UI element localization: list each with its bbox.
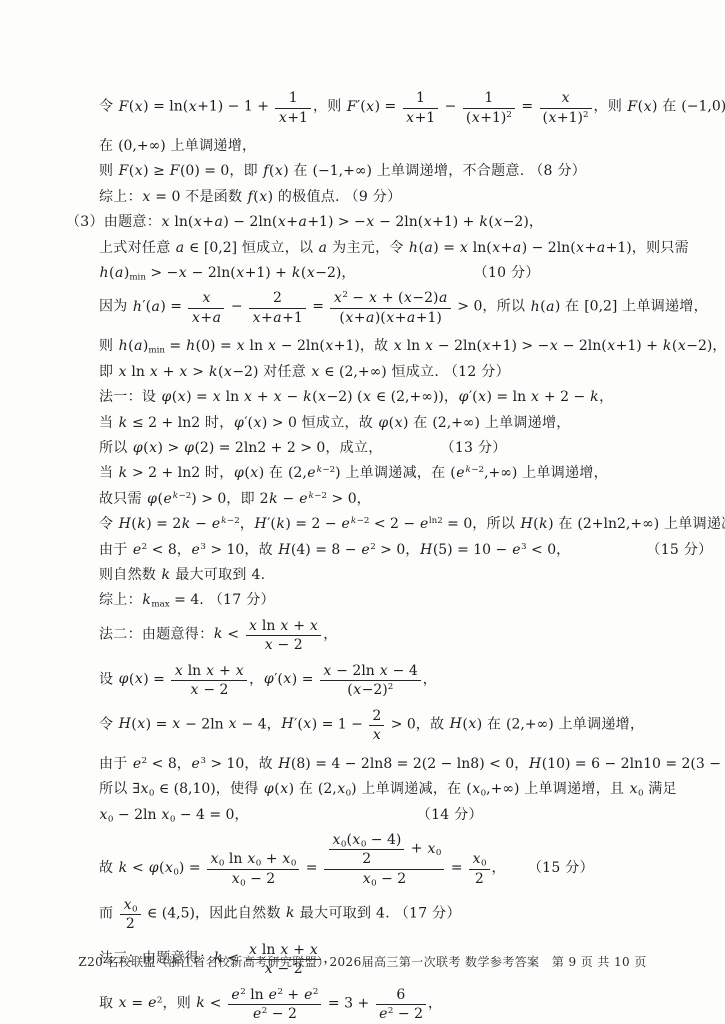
answer-document: 令 F(x) = ln(x+1) − 1 + 1x+1，则 F′(x) = 1x… — [0, 0, 725, 1024]
text-run: ， — [712, 338, 725, 354]
math-line-25: x0 − 2ln x0 − 4 = 0，（14 分） — [99, 804, 701, 826]
text-run: 对任意 — [258, 364, 310, 380]
fraction: x ln x + xx − 2 — [246, 618, 322, 654]
text-run: ，成立， — [325, 440, 382, 456]
text-run: ，因此自然数 — [195, 905, 286, 921]
text-run: 恒成立. （12 分） — [387, 364, 510, 380]
text-run: ，即 — [226, 491, 259, 507]
text-run: ， — [357, 491, 371, 507]
math-line-8: 因为 h′(a) = xx+a − 2x+a+1 = x2 − x + (x−2… — [99, 290, 701, 326]
text-run: ， — [177, 542, 191, 558]
text-run: 则 — [99, 163, 118, 179]
text-run: 综上： — [99, 189, 142, 205]
page-footer-text: Z20′名校联盟（浙江省名校新高考研究联盟）2026届高三第一次联考 数学参考答… — [78, 955, 646, 969]
text-run: ， — [249, 671, 263, 687]
text-run: ， — [428, 995, 442, 1011]
text-run: 而 — [99, 905, 118, 921]
text-run: ，故 — [244, 542, 277, 558]
text-run: 因为 — [99, 299, 132, 315]
text-run: 时， — [200, 415, 233, 431]
text-run: ， — [556, 542, 570, 558]
spacer — [356, 276, 474, 277]
fraction: x02 — [469, 851, 489, 887]
fraction: x(x+1)2 — [540, 90, 592, 126]
math-line-15: 故只需 φ(ek−2) > 0，即 2k − ek−2 > 0， — [99, 488, 701, 510]
text-run: 满足 — [644, 781, 677, 797]
text-run: ，则只需 — [632, 240, 689, 256]
math-line-23: 由于 e2 < 8，e3 > 10，故 H(8) = 4 − 2ln8 = 2(… — [99, 753, 701, 775]
fraction: xx+a — [188, 290, 224, 326]
text-run: 法二：由题意得： — [99, 626, 213, 642]
text-run: 设 — [99, 671, 118, 687]
fraction: 1x+1 — [275, 90, 311, 126]
math-line-22: 令 H(x) = x − 2ln x − 4，H′(x) = 1 − 2x > … — [99, 708, 701, 744]
text-run: 恒成立，故 — [297, 415, 378, 431]
fraction: 2x — [369, 708, 384, 744]
text-run: ，则 — [594, 99, 627, 115]
text-run: 最大可取到 4. （17 分） — [295, 905, 461, 921]
text-run: ， — [529, 214, 543, 230]
text-run: 由于 — [99, 542, 132, 558]
math-line-17: 由于 e2 < 8，e3 > 10，故 H(4) = 8 − e2 > 0，H(… — [99, 539, 701, 561]
text-run: 上单调递减，在 — [357, 781, 467, 797]
text-run: 当 — [99, 465, 118, 481]
text-run: . （17 分） — [199, 592, 275, 608]
text-run: 在 — [409, 415, 433, 431]
text-run: （14 分） — [417, 807, 483, 823]
text-run: 上单调递增， — [617, 299, 708, 315]
text-run: 法一：设 — [99, 389, 161, 405]
spacer — [570, 553, 646, 554]
spacer — [383, 451, 441, 452]
math-line-19: 综上：kmax = 4. （17 分） — [99, 589, 701, 611]
text-run: ， — [267, 716, 281, 732]
text-run: 在 — [482, 716, 506, 732]
text-run: 为主元，令 — [327, 240, 408, 256]
text-run: ，即 — [229, 163, 262, 179]
text-run: 上单调递增，不合题意. （8 分） — [372, 163, 586, 179]
fraction: x0 ln x0 + x0x0 − 2 — [207, 851, 299, 887]
text-run: 上单调递减，在 — [341, 465, 451, 481]
text-run: ， — [514, 756, 528, 772]
text-run: ， — [444, 389, 458, 405]
text-run: 上单调递增，且 — [519, 781, 629, 797]
text-run: ， — [492, 860, 506, 876]
text-run: 所以 — [99, 440, 132, 456]
math-line-5: （3）由题意：x ln(x+a) − 2ln(x+a+1) > −x − 2ln… — [66, 211, 701, 233]
text-run: 在 — [560, 299, 584, 315]
text-run: 综上： — [99, 592, 142, 608]
text-run: ， — [323, 626, 337, 642]
math-line-2: 在 (0,+∞) 上单调递增， — [99, 135, 701, 157]
text-run: 在 — [657, 99, 681, 115]
fraction: 6e2 − 2 — [376, 987, 426, 1023]
math-line-29: 取 x = e2，则 k < e2 ln e2 + e2e2 − 2 = 3 +… — [99, 987, 701, 1023]
text-run: ， — [240, 516, 254, 532]
fraction: x0(x0 − 4)2 + x0x0 − 2 — [324, 832, 444, 888]
text-run: 由于 — [99, 756, 132, 772]
text-run: 在 — [264, 465, 288, 481]
text-run: ， — [423, 671, 437, 687]
text-run: 令 — [99, 716, 118, 732]
math-line-1: 令 F(x) = ln(x+1) − 1 + 1x+1，则 F′(x) = 1x… — [99, 90, 701, 126]
math-line-16: 令 H(k) = 2k − ek−2，H′(k) = 2 − ek−2 < 2 … — [99, 513, 701, 535]
fraction: x0(x0 − 4)2 — [329, 832, 404, 868]
fraction: 2x+a+1 — [249, 290, 306, 326]
text-run: ，故 — [416, 716, 449, 732]
text-run: ， — [405, 542, 419, 558]
text-run: ，故 — [360, 338, 393, 354]
text-run: 令 — [99, 516, 118, 532]
page-footer: Z20′名校联盟（浙江省名校新高考研究联盟）2026届高三第一次联考 数学参考答… — [0, 953, 725, 970]
text-run: 时， — [200, 465, 233, 481]
math-line-13: 所以 φ(x) > φ(2) = 2ln2 + 2 > 0，成立，（13 分） — [99, 437, 701, 459]
text-run: ，则 — [162, 995, 195, 1011]
text-run: 则自然数 — [99, 567, 161, 583]
text-run: 最大可取到 4. — [170, 567, 265, 583]
fraction: x2 − x + (x−2)a(x+a)(x+a+1) — [330, 290, 450, 326]
text-run: 在 — [289, 163, 313, 179]
text-run: （15 分） — [528, 860, 594, 876]
math-line-21: 设 φ(x) = x ln x + xx − 2，φ′(x) = x − 2ln… — [99, 663, 701, 699]
scanned-answer-page: { "colors": { "paper": "#fdfdfc", "ink":… — [0, 0, 725, 1024]
text-run: ，所以 — [482, 299, 530, 315]
spacer — [506, 871, 528, 872]
math-line-24: 所以 ∃x0 ∈ (8,10)，使得 φ(x) 在 (2,x0) 上单调递减，在… — [99, 778, 701, 800]
math-line-10: 即 x ln x + x > k(x−2) 对任意 x ∈ (2,+∞) 恒成立… — [99, 361, 701, 383]
text-run: 上单调递增， — [166, 138, 257, 154]
text-run: （15 分） — [646, 542, 712, 558]
math-line-3: 则 F(x) ≥ F(0) = 0，即 f(x) 在 (−1,+∞) 上单调递增… — [99, 160, 701, 182]
math-line-14: 当 k > 2 + ln2 时，φ(x) 在 (2,ek−2) 上单调递减，在 … — [99, 462, 701, 484]
text-run: 令 — [99, 99, 118, 115]
text-run: ，所以 — [472, 516, 520, 532]
text-run: ， — [177, 756, 191, 772]
fraction: x ln x + xx − 2 — [171, 663, 247, 699]
text-run: 所以 — [99, 781, 132, 797]
math-line-27: 而 x02 ∈ (4,5)，因此自然数 k 最大可取到 4. （17 分） — [99, 897, 701, 933]
text-run: 则 — [99, 338, 118, 354]
math-line-12: 当 k ≤ 2 + ln2 时，φ′(x) > 0 恒成立，故 φ(x) 在 (… — [99, 412, 701, 434]
text-run: （13 分） — [441, 440, 507, 456]
fraction: x02 — [120, 897, 140, 933]
text-run: ，使得 — [216, 781, 264, 797]
text-run: 故 — [99, 860, 118, 876]
math-line-4: 综上：x = 0 不是函数 f(x) 的极值点. （9 分） — [99, 186, 701, 208]
fraction: 1(x+1)2 — [463, 90, 515, 126]
text-run: ，故 — [244, 756, 277, 772]
math-line-7: h(a)min > −x − 2ln(x+1) + k(x−2)，（10 分） — [99, 262, 701, 284]
text-run: ，则 — [313, 99, 346, 115]
text-run: 上单调递增， — [480, 415, 571, 431]
fraction: e2 ln e2 + e2e2 − 2 — [228, 987, 322, 1023]
math-line-6: 上式对任意 a ∈ [0,2] 恒成立，以 a 为主元，令 h(a) = x l… — [99, 237, 701, 259]
text-run: 上单调递减， — [659, 516, 725, 532]
text-run: 上式对任意 — [99, 240, 175, 256]
text-run: 在 — [554, 516, 578, 532]
text-run: ， — [599, 389, 613, 405]
text-run: 在 — [99, 138, 118, 154]
math-line-9: 则 h(a)min = h(0) = x ln x − 2ln(x+1)，故 x… — [99, 335, 701, 357]
fraction: x − 2ln x − 4(x−2)2 — [320, 663, 421, 699]
math-line-20: 法二：由题意得：k < x ln x + xx − 2， — [99, 618, 701, 654]
spacer — [249, 818, 417, 819]
text-run: 上单调递增， — [517, 465, 608, 481]
text-run: ， — [234, 807, 248, 823]
text-run: 即 — [99, 364, 118, 380]
fraction: 1x+1 — [403, 90, 439, 126]
text-run: 不是函数 — [180, 189, 247, 205]
math-line-11: 法一：设 φ(x) = x ln x + x − k(x−2) (x ∈ (2,… — [99, 386, 701, 408]
text-run: 在 — [294, 781, 318, 797]
text-run: 上单调递增， — [554, 716, 645, 732]
text-run: ， — [341, 265, 355, 281]
text-run: 故只需 — [99, 491, 147, 507]
math-line-26: 故 k < φ(x0) = x0 ln x0 + x0x0 − 2 = x0(x… — [99, 832, 701, 888]
text-run: 取 — [99, 995, 118, 1011]
text-run: （3）由题意： — [66, 214, 161, 230]
text-run: 当 — [99, 415, 118, 431]
math-line-18: 则自然数 k 最大可取到 4. — [99, 564, 701, 586]
text-run: 的极值点. （9 分） — [273, 189, 401, 205]
text-run: 恒成立，以 — [237, 240, 318, 256]
text-run: （10 分） — [474, 265, 540, 281]
